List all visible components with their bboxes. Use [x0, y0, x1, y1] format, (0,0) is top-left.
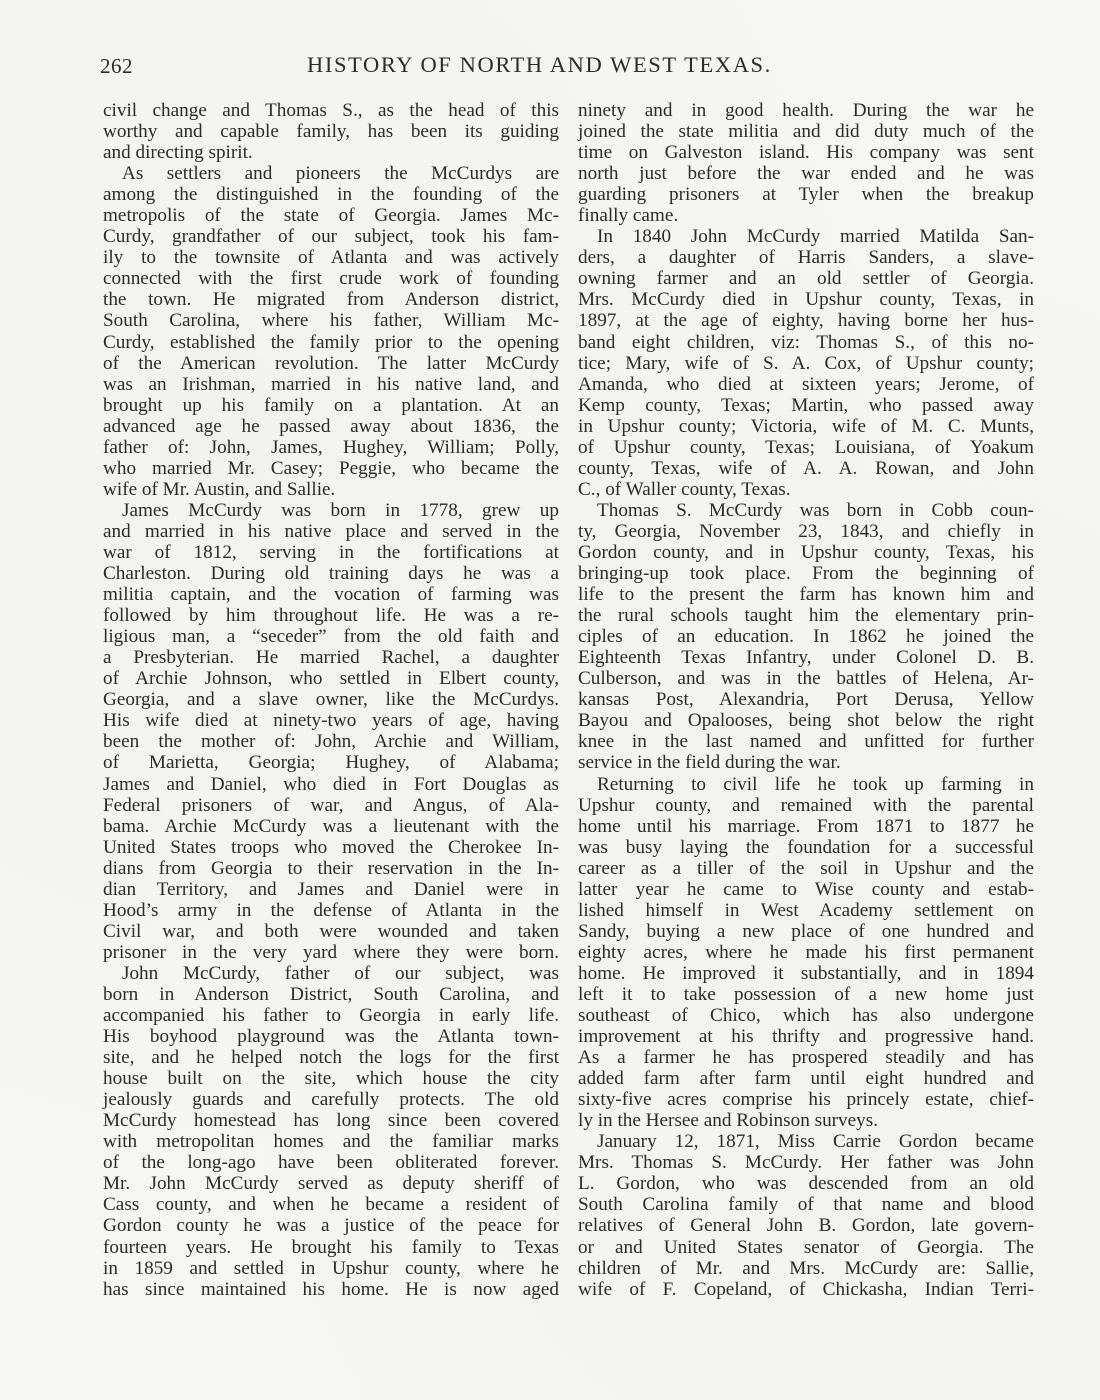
text-line: career as a tiller of the soil in Upshur…: [578, 858, 1034, 879]
text-line: born in Anderson District, South Carolin…: [103, 984, 559, 1005]
text-line: jealously guards and carefully protects.…: [103, 1089, 559, 1110]
text-line: C., of Waller county, Texas.: [578, 479, 1034, 500]
text-line: wife of F. Copeland, of Chickasha, India…: [578, 1279, 1034, 1300]
text-line: L. Gordon, who was descended from an old: [578, 1173, 1034, 1194]
text-line: been the mother of: John, Archie and Wil…: [103, 731, 559, 752]
text-line: ninety and in good health. During the wa…: [578, 100, 1034, 121]
text-line: Georgia, and a slave owner, like the McC…: [103, 689, 559, 710]
text-line: among the distinguished in the founding …: [103, 184, 559, 205]
text-line: dian Territory, and James and Daniel wer…: [103, 879, 559, 900]
text-line: guarding prisoners at Tyler when the bre…: [578, 184, 1034, 205]
text-line: of the American revolution. The latter M…: [103, 353, 559, 374]
text-line: was busy laying the foundation for a suc…: [578, 837, 1034, 858]
text-line: house built on the site, which house the…: [103, 1068, 559, 1089]
text-line: north just before the war ended and he w…: [578, 163, 1034, 184]
page-title: HISTORY OF NORTH AND WEST TEXAS.: [307, 52, 772, 78]
text-line: Federal prisoners of war, and Angus, of …: [103, 795, 559, 816]
text-line: bringing-up took place. From the beginni…: [578, 563, 1034, 584]
text-line: Mr. John McCurdy served as deputy sherif…: [103, 1173, 559, 1194]
text-line: James and Daniel, who died in Fort Dougl…: [103, 774, 559, 795]
text-line: ders, a daughter of Harris Sanders, a sl…: [578, 247, 1034, 268]
text-line: county, Texas, wife of A. A. Rowan, and …: [578, 458, 1034, 479]
text-line: who married Mr. Casey; Peggie, who becam…: [103, 458, 559, 479]
text-line: ly in the Hersee and Robinson surveys.: [578, 1110, 1034, 1131]
book-page: 262 HISTORY OF NORTH AND WEST TEXAS. civ…: [0, 0, 1100, 1400]
text-line: in Upshur county; Victoria, wife of M. C…: [578, 416, 1034, 437]
text-line: children of Mr. and Mrs. McCurdy are: Sa…: [578, 1258, 1034, 1279]
text-line: accompanied his father to Georgia in ear…: [103, 1005, 559, 1026]
text-line: worthy and capable family, has been its …: [103, 121, 559, 142]
text-line: His boyhood playground was the Atlanta t…: [103, 1026, 559, 1047]
text-line: brought up his family on a plantation. A…: [103, 395, 559, 416]
text-line: ty, Georgia, November 23, 1843, and chie…: [578, 521, 1034, 542]
text-line: Civil war, and both were wounded and tak…: [103, 921, 559, 942]
text-line: or and United States senator of Georgia.…: [578, 1237, 1034, 1258]
text-line: of Upshur county, Texas; Louisiana, of Y…: [578, 437, 1034, 458]
text-line: site, and he helped notch the logs for t…: [103, 1047, 559, 1068]
text-line: in 1859 and settled in Upshur county, wh…: [103, 1258, 559, 1279]
text-line: father of: John, James, Hughey, William;…: [103, 437, 559, 458]
left-column: civil change and Thomas S., as the head …: [103, 100, 559, 1300]
text-line: knee in the last named and unfitted for …: [578, 731, 1034, 752]
text-line: service in the field during the war.: [578, 752, 1034, 773]
text-line: connected with the first crude work of f…: [103, 268, 559, 289]
text-line: Hood’s army in the defense of Atlanta in…: [103, 900, 559, 921]
text-line: ciples of an education. In 1862 he joine…: [578, 626, 1034, 647]
text-line: was an Irishman, married in his native l…: [103, 374, 559, 395]
text-line: Amanda, who died at sixteen years; Jerom…: [578, 374, 1034, 395]
text-line: finally came.: [578, 205, 1034, 226]
page-number: 262: [100, 54, 133, 79]
text-line: fourteen years. He brought his family to…: [103, 1237, 559, 1258]
text-line: left it to take possession of a new home…: [578, 984, 1034, 1005]
text-line: prisoner in the very yard where they wer…: [103, 942, 559, 963]
text-line: Cass county, and when he became a reside…: [103, 1194, 559, 1215]
text-line: Kemp county, Texas; Martin, who passed a…: [578, 395, 1034, 416]
text-line: tice; Mary, wife of S. A. Cox, of Upshur…: [578, 353, 1034, 374]
text-line: Charleston. During old training days he …: [103, 563, 559, 584]
text-line: South Carolina, where his father, Willia…: [103, 310, 559, 331]
text-line: a Presbyterian. He married Rachel, a dau…: [103, 647, 559, 668]
text-line: followed by him throughout life. He was …: [103, 605, 559, 626]
text-line: and married in his native place and serv…: [103, 521, 559, 542]
text-line: James McCurdy was born in 1778, grew up: [103, 500, 559, 521]
text-line: Upshur county, and remained with the par…: [578, 795, 1034, 816]
text-line: of the long-ago have been obliterated fo…: [103, 1152, 559, 1173]
text-line: John McCurdy, father of our subject, was: [103, 963, 559, 984]
text-line: In 1840 John McCurdy married Matilda San…: [578, 226, 1034, 247]
text-line: joined the state militia and did duty mu…: [578, 121, 1034, 142]
text-line: advanced age he passed away about 1836, …: [103, 416, 559, 437]
text-line: with metropolitan homes and the familiar…: [103, 1131, 559, 1152]
text-line: 1897, at the age of eighty, having borne…: [578, 310, 1034, 331]
text-line: United States troops who moved the Chero…: [103, 837, 559, 858]
text-line: Mrs. Thomas S. McCurdy. Her father was J…: [578, 1152, 1034, 1173]
text-line: Bayou and Opalooses, being shot below th…: [578, 710, 1034, 731]
text-line: band eight children, viz: Thomas S., of …: [578, 332, 1034, 353]
text-line: southeast of Chico, which has also under…: [578, 1005, 1034, 1026]
text-line: militia captain, and the vocation of far…: [103, 584, 559, 605]
text-line: sixty-five acres comprise his princely e…: [578, 1089, 1034, 1110]
text-line: dians from Georgia to their reservation …: [103, 858, 559, 879]
text-line: of Archie Johnson, who settled in Elbert…: [103, 668, 559, 689]
text-line: Gordon county, and in Upshur county, Tex…: [578, 542, 1034, 563]
text-line: Culberson, and was in the battles of Hel…: [578, 668, 1034, 689]
text-line: of Marietta, Georgia; Hughey, of Alabama…: [103, 752, 559, 773]
text-line: Thomas S. McCurdy was born in Cobb coun-: [578, 500, 1034, 521]
text-line: South Carolina family of that name and b…: [578, 1194, 1034, 1215]
text-line: home. He improved it substantially, and …: [578, 963, 1034, 984]
text-line: the rural schools taught him the element…: [578, 605, 1034, 626]
text-line: metropolis of the state of Georgia. Jame…: [103, 205, 559, 226]
text-line: war of 1812, serving in the fortificatio…: [103, 542, 559, 563]
text-line: has since maintained his home. He is now…: [103, 1279, 559, 1300]
text-line: relatives of General John B. Gordon, lat…: [578, 1215, 1034, 1236]
right-column: ninety and in good health. During the wa…: [578, 100, 1034, 1300]
text-line: Curdy, grandfather of our subject, took …: [103, 226, 559, 247]
text-line: As settlers and pioneers the McCurdys ar…: [103, 163, 559, 184]
text-line: January 12, 1871, Miss Carrie Gordon bec…: [578, 1131, 1034, 1152]
text-line: Curdy, established the family prior to t…: [103, 332, 559, 353]
text-line: kansas Post, Alexandria, Port Derusa, Ye…: [578, 689, 1034, 710]
text-line: life to the present the farm has known h…: [578, 584, 1034, 605]
text-line: ily to the townsite of Atlanta and was a…: [103, 247, 559, 268]
text-line: McCurdy homestead has long since been co…: [103, 1110, 559, 1131]
text-line: Sandy, buying a new place of one hundred…: [578, 921, 1034, 942]
text-line: As a farmer he has prospered steadily an…: [578, 1047, 1034, 1068]
text-line: latter year he came to Wise county and e…: [578, 879, 1034, 900]
text-line: civil change and Thomas S., as the head …: [103, 100, 559, 121]
text-line: improvement at his thrifty and progressi…: [578, 1026, 1034, 1047]
text-line: time on Galveston island. His company wa…: [578, 142, 1034, 163]
text-line: bama. Archie McCurdy was a lieutenant wi…: [103, 816, 559, 837]
running-head: 262 HISTORY OF NORTH AND WEST TEXAS.: [100, 52, 1040, 82]
text-line: added farm after farm until eight hundre…: [578, 1068, 1034, 1089]
text-line: His wife died at ninety-two years of age…: [103, 710, 559, 731]
text-line: lished himself in West Academy settlemen…: [578, 900, 1034, 921]
text-line: eighty acres, where he made his first pe…: [578, 942, 1034, 963]
text-line: Eighteenth Texas Infantry, under Colonel…: [578, 647, 1034, 668]
text-line: home until his marriage. From 1871 to 18…: [578, 816, 1034, 837]
text-line: owning farmer and an old settler of Geor…: [578, 268, 1034, 289]
text-line: ligious man, a “seceder” from the old fa…: [103, 626, 559, 647]
text-line: and directing spirit.: [103, 142, 559, 163]
text-line: Mrs. McCurdy died in Upshur county, Texa…: [578, 289, 1034, 310]
text-line: Gordon county he was a justice of the pe…: [103, 1215, 559, 1236]
text-line: the town. He migrated from Anderson dist…: [103, 289, 559, 310]
text-line: wife of Mr. Austin, and Sallie.: [103, 479, 559, 500]
text-line: Returning to civil life he took up farmi…: [578, 774, 1034, 795]
